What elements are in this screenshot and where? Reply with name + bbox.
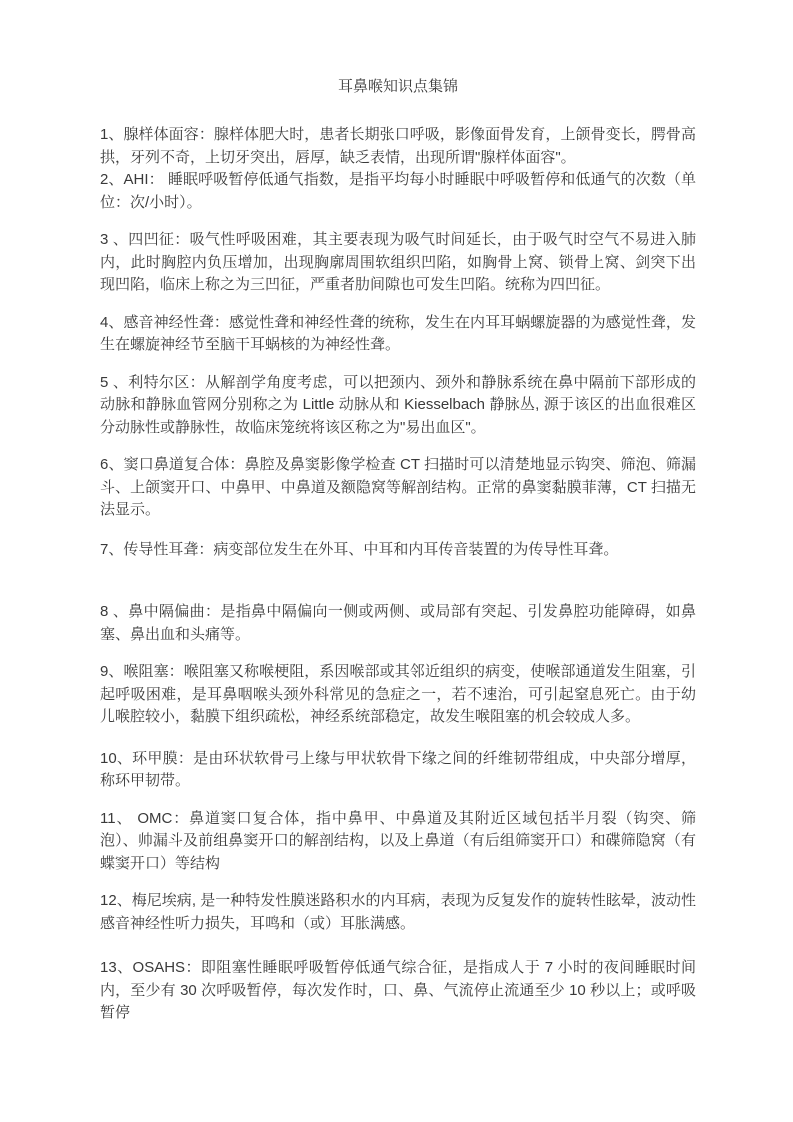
knowledge-item-1: 1、腺样体面容：腺样体肥大时，患者长期张口呼吸，影像面骨发育，上颌骨变长，腭骨高… [100,124,696,169]
knowledge-item-6: 6、窦口鼻道复合体：鼻腔及鼻窦影像学检查 CT 扫描时可以清楚地显示钩突、筛泡、… [100,454,696,522]
knowledge-item-7: 7、传导性耳聋：病变部位发生在外耳、中耳和内耳传音装置的为传导性耳聋。 [100,539,696,562]
knowledge-item-13: 13、OSAHS：即阻塞性睡眠呼吸暂停低通气综合征，是指成人于 7 小时的夜间睡… [100,957,696,1025]
knowledge-item-12: 12、梅尼埃病, 是一种特发性膜迷路积水的内耳病，表现为反复发作的旋转性眩晕，波… [100,890,696,935]
knowledge-item-8: 8 、鼻中隔偏曲：是指鼻中隔偏向一侧或两侧、或局部有突起、引发鼻腔功能障碍，如鼻… [100,601,696,646]
knowledge-item-3: 3 、四凹征：吸气性呼吸困难，其主要表现为吸气时间延长，由于吸气时空气不易进入肺… [100,229,696,297]
page-title: 耳鼻喉知识点集锦 [100,76,696,98]
knowledge-item-2: 2、AHI： 睡眠呼吸暂停低通气指数，是指平均每小时睡眠中呼吸暂停和低通气的次数… [100,169,696,214]
knowledge-item-9: 9、喉阻塞：喉阻塞又称喉梗阻，系因喉部或其邻近组织的病变，使喉部通道发生阻塞，引… [100,661,696,729]
document-page: 耳鼻喉知识点集锦 1、腺样体面容：腺样体肥大时，患者长期张口呼吸，影像面骨发育，… [0,0,793,1122]
knowledge-item-5: 5 、利特尔区：从解剖学角度考虑，可以把颈内、颈外和静脉系统在鼻中隔前下部形成的… [100,372,696,440]
knowledge-item-4: 4、感音神经性聋：感觉性聋和神经性聋的统称，发生在内耳耳蜗螺旋器的为感觉性聋，发… [100,312,696,357]
knowledge-item-10: 10、环甲膜：是由环状软骨弓上缘与甲状软骨下缘之间的纤维韧带组成，中央部分增厚，… [100,748,696,793]
knowledge-item-11: 11、 OMC：鼻道窦口复合体，指中鼻甲、中鼻道及其附近区域包括半月裂（钩突、筛… [100,808,696,876]
